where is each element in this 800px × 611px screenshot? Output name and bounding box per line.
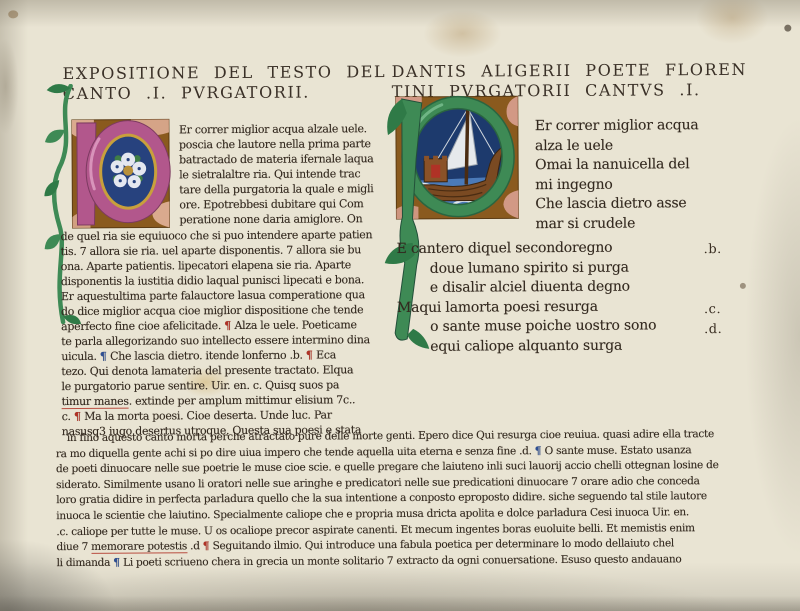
text-line: peratione none daria amiglore. On xyxy=(179,211,393,227)
poem-tercets: E cantero diquel secondoregno doue luman… xyxy=(397,238,738,358)
incunable-page: EXPOSITIONE DEL TESTO DEL CANTO .I. PVRG… xyxy=(0,0,800,611)
heading-line: EXPOSITIONE DEL TESTO DEL xyxy=(63,62,387,83)
bottom-commentary: in fino aquesto canto morta perche atrac… xyxy=(56,427,799,572)
text-line: tare della purgatoria la quale e migli xyxy=(179,181,393,197)
left-column-heading: EXPOSITIONE DEL TESTO DEL CANTO .I. PVRG… xyxy=(63,62,387,103)
verse-line: E cantero diquel secondoregno xyxy=(397,238,737,260)
text-line: le sietralaltre ria. Qui intende trac xyxy=(179,166,393,182)
margin-letter: .c. xyxy=(704,302,721,317)
paper-stain xyxy=(423,9,501,57)
heading-line: DANTIS ALIGERII POETE FLOREN xyxy=(392,60,748,82)
verse-line: Che lascia dietro asse xyxy=(535,195,699,216)
text-line: ore. Epotrebbesi dubitare qui Com xyxy=(179,196,393,212)
text-line: batractado de materia ifernale laqua xyxy=(179,151,393,167)
text-line: Er correr miglior acqua alzale uele. xyxy=(179,121,393,137)
verse-line: o sante muse poiche uostro sono xyxy=(397,316,737,338)
verse-line: Omai la nanuicella del xyxy=(535,155,699,176)
verse-line: equi caliope alquanto surga xyxy=(397,336,737,358)
text-line: tezo. Qui denota lamateria del presente … xyxy=(61,362,395,379)
text-line: te parla allegorizando suo intellecto es… xyxy=(61,332,395,349)
verse-line: Maqui lamorta poesi resurga xyxy=(397,297,737,319)
text-line: timur manes. extinde per amplum mittimur… xyxy=(62,392,396,409)
text-line: poscia che lautore nella prima parte xyxy=(179,136,393,152)
margin-letter: .d. xyxy=(704,322,722,337)
verse-line: e disalir alciel diuenta degno xyxy=(397,277,737,299)
left-column-indented-text: Er correr miglior acqua alzale uele. pos… xyxy=(179,121,394,227)
margin-letter: .b. xyxy=(704,242,722,257)
paper-speck xyxy=(740,283,746,289)
verse-line: alza le uele xyxy=(535,136,699,157)
paper-stain xyxy=(0,38,19,134)
paper-speck xyxy=(8,10,18,18)
verse-line: doue lumano spirito si purga xyxy=(397,258,737,280)
page-content: EXPOSITIONE DEL TESTO DEL CANTO .I. PVRG… xyxy=(0,0,800,611)
verse-line: mi ingegno xyxy=(535,175,699,196)
illuminated-initial-p-flower-icon xyxy=(71,116,172,231)
heading-line: CANTO .I. PVRGATORII. xyxy=(63,82,387,103)
paper-stain xyxy=(696,0,768,44)
paper-speck xyxy=(784,25,791,32)
verse-line: Er correr miglior acqua xyxy=(535,116,699,137)
poem-opening-lines: Er correr miglior acqua alza le uele Oma… xyxy=(535,116,699,235)
left-column-commentary: de quel ria sie equiuoco che si puo inte… xyxy=(61,227,396,439)
verse-line: mar si crudele xyxy=(535,214,699,235)
